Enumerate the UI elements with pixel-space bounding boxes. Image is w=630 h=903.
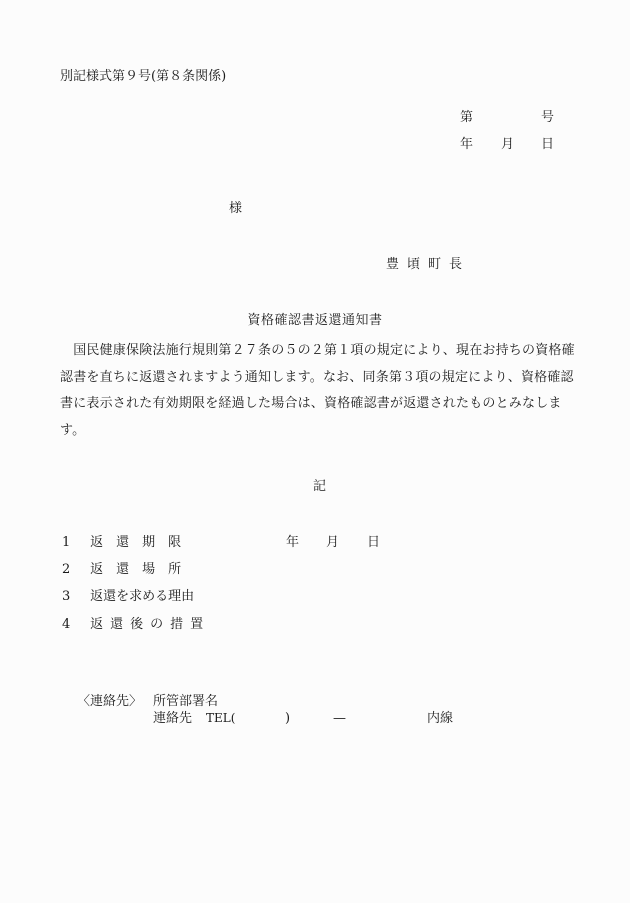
body-line: す。 (60, 418, 560, 445)
body-line: 国民健康保険法施行規則第２７条の５の２第１項の規定により、現在お持ちの資格確 (60, 338, 560, 365)
date-month: 月 (501, 138, 514, 151)
item-number: 2 (62, 563, 86, 576)
item-label: 返還期限 (90, 536, 194, 549)
ki-heading: 記 (313, 480, 326, 493)
document-title: 資格確認書返還通知書 (0, 314, 630, 327)
body-line: 書に表示された有効期限を経過した場合は、資格確認書が返還されたものとみなしま (60, 391, 560, 418)
due-year: 年 (286, 536, 299, 549)
item-return-reason: 3 返還を求める理由 (62, 590, 194, 603)
item-return-deadline: 1 返還期限 (62, 536, 194, 549)
date-day: 日 (541, 138, 554, 151)
contact-tel-prefix: TEL( (206, 712, 235, 724)
contact-label: 〈連絡先〉 (77, 695, 142, 708)
contact-dash: — (333, 712, 346, 725)
item-label: 返還後の措置 (90, 618, 210, 631)
contact-department: 所管部署名 (153, 695, 218, 708)
item-number: 1 (62, 536, 86, 549)
contact-tel-close: ) (285, 712, 290, 725)
item-return-place: 2 返還場所 (62, 563, 194, 576)
due-day: 日 (367, 536, 380, 549)
item-number: 3 (62, 590, 86, 603)
item-label: 返還場所 (90, 563, 194, 576)
item-after-return-measures: 4 返還後の措置 (62, 618, 210, 631)
item-label: 返還を求める理由 (90, 590, 194, 603)
contact-extension: 内線 (427, 712, 453, 725)
body-paragraph: 国民健康保険法施行規則第２７条の５の２第１項の規定により、現在お持ちの資格確 認… (60, 338, 560, 444)
date-year: 年 (460, 138, 473, 151)
recipient-suffix: 様 (229, 202, 242, 215)
due-month: 月 (326, 536, 339, 549)
issuer: 豊頃町長 (386, 258, 470, 271)
contact-tel-label: 連絡先 (153, 712, 192, 725)
doc-number-suffix: 号 (541, 111, 554, 124)
doc-number-prefix: 第 (460, 111, 473, 124)
body-line: 認書を直ちに返還されますよう通知します。なお、同条第３項の規定により、資格確認 (60, 365, 560, 392)
form-number: 別記様式第９号(第８条関係) (60, 70, 226, 83)
item-number: 4 (62, 618, 86, 631)
